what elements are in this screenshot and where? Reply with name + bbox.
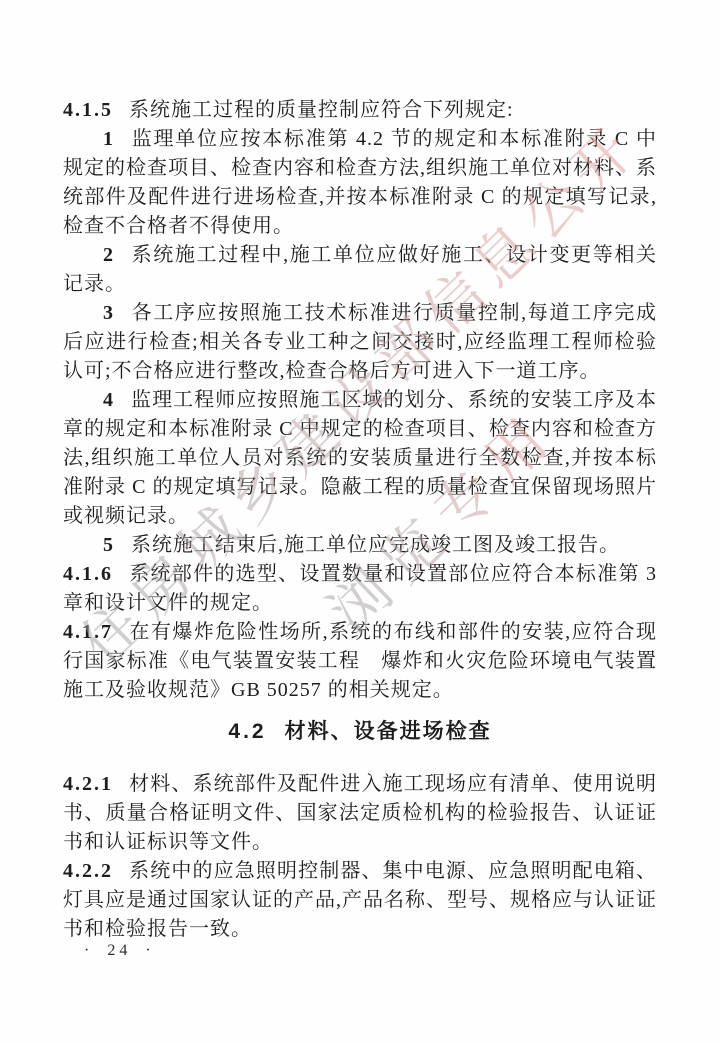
clause-text: 系统中的应急照明控制器、集中电源、应急照明配电箱、灯具应是通过国家认证的产品,产… <box>63 860 657 940</box>
clause-text: 监理单位应按本标准第 4.2 节的规定和本标准附录 C 中规定的检查项目、检查内… <box>63 128 657 237</box>
numbered-item: 1监理单位应按本标准第 4.2 节的规定和本标准附录 C 中规定的检查项目、检查… <box>63 125 657 241</box>
clause-text: 系统部件的选型、设置数量和设置部位应符合本标准第 3 章和设计文件的规定。 <box>63 563 657 614</box>
clause-text: 在有爆炸危险性场所,系统的布线和部件的安装,应符合现行国家标准《电气装置安装工程… <box>63 621 657 701</box>
clause-number: 4.2.1 <box>63 773 113 795</box>
clause-text: 系统施工过程的质量控制应符合下列规定: <box>129 99 514 121</box>
numbered-item: 4监理工程师应按照施工区域的划分、系统的安装工序及本章的规定和本标准附录 C 中… <box>63 386 657 531</box>
clause-paragraph: 4.2.2系统中的应急照明控制器、集中电源、应急照明配电箱、灯具应是通过国家认证… <box>63 857 657 944</box>
clause-paragraph: 4.1.6系统部件的选型、设置数量和设置部位应符合本标准第 3 章和设计文件的规… <box>63 560 657 618</box>
clause-number: 4.1.5 <box>63 99 113 121</box>
numbered-item: 2系统施工过程中,施工单位应做好施工、设计变更等相关记录。 <box>63 241 657 299</box>
clause-text: 材料、系统部件及配件进入施工现场应有清单、使用说明书、质量合格证明文件、国家法定… <box>63 773 657 853</box>
clause-paragraph: 4.1.5系统施工过程的质量控制应符合下列规定: <box>63 96 657 125</box>
clause-number: 4 <box>103 389 115 411</box>
clause-number: 2 <box>103 244 115 266</box>
document-body: 4.1.5系统施工过程的质量控制应符合下列规定:1监理单位应按本标准第 4.2 … <box>63 96 657 944</box>
section-heading: 4.2材料、设备进场检查 <box>63 717 657 746</box>
clause-paragraph: 4.2.1材料、系统部件及配件进入施工现场应有清单、使用说明书、质量合格证明文件… <box>63 770 657 857</box>
clause-number: 4.1.7 <box>63 621 113 643</box>
clause-text: 材料、设备进场检查 <box>285 720 492 743</box>
clause-number: 1 <box>103 128 115 150</box>
clause-number: 3 <box>103 302 115 324</box>
numbered-item: 5系统施工结束后,施工单位应完成竣工图及竣工报告。 <box>63 531 657 560</box>
clause-number: 4.1.6 <box>63 563 113 585</box>
clause-text: 系统施工过程中,施工单位应做好施工、设计变更等相关记录。 <box>63 244 657 295</box>
clause-number: 4.2.2 <box>63 860 113 882</box>
clause-paragraph: 4.1.7在有爆炸危险性场所,系统的布线和部件的安装,应符合现行国家标准《电气装… <box>63 618 657 705</box>
clause-text: 各工序应按照施工技术标准进行质量控制,每道工序完成后应进行检查;相关各专业工种之… <box>63 302 657 382</box>
clause-text: 监理工程师应按照施工区域的划分、系统的安装工序及本章的规定和本标准附录 C 中规… <box>63 389 657 527</box>
clause-number: 5 <box>103 534 115 556</box>
page-number: · 24 · <box>84 942 155 960</box>
clause-number: 4.2 <box>228 720 266 743</box>
numbered-item: 3各工序应按照施工技术标准进行质量控制,每道工序完成后应进行检查;相关各专业工种… <box>63 299 657 386</box>
document-page: 住房城乡建设部信息公开 浏览专用 4.1.5系统施工过程的质量控制应符合下列规定… <box>0 0 720 1043</box>
clause-text: 系统施工结束后,施工单位应完成竣工图及竣工报告。 <box>131 534 620 556</box>
